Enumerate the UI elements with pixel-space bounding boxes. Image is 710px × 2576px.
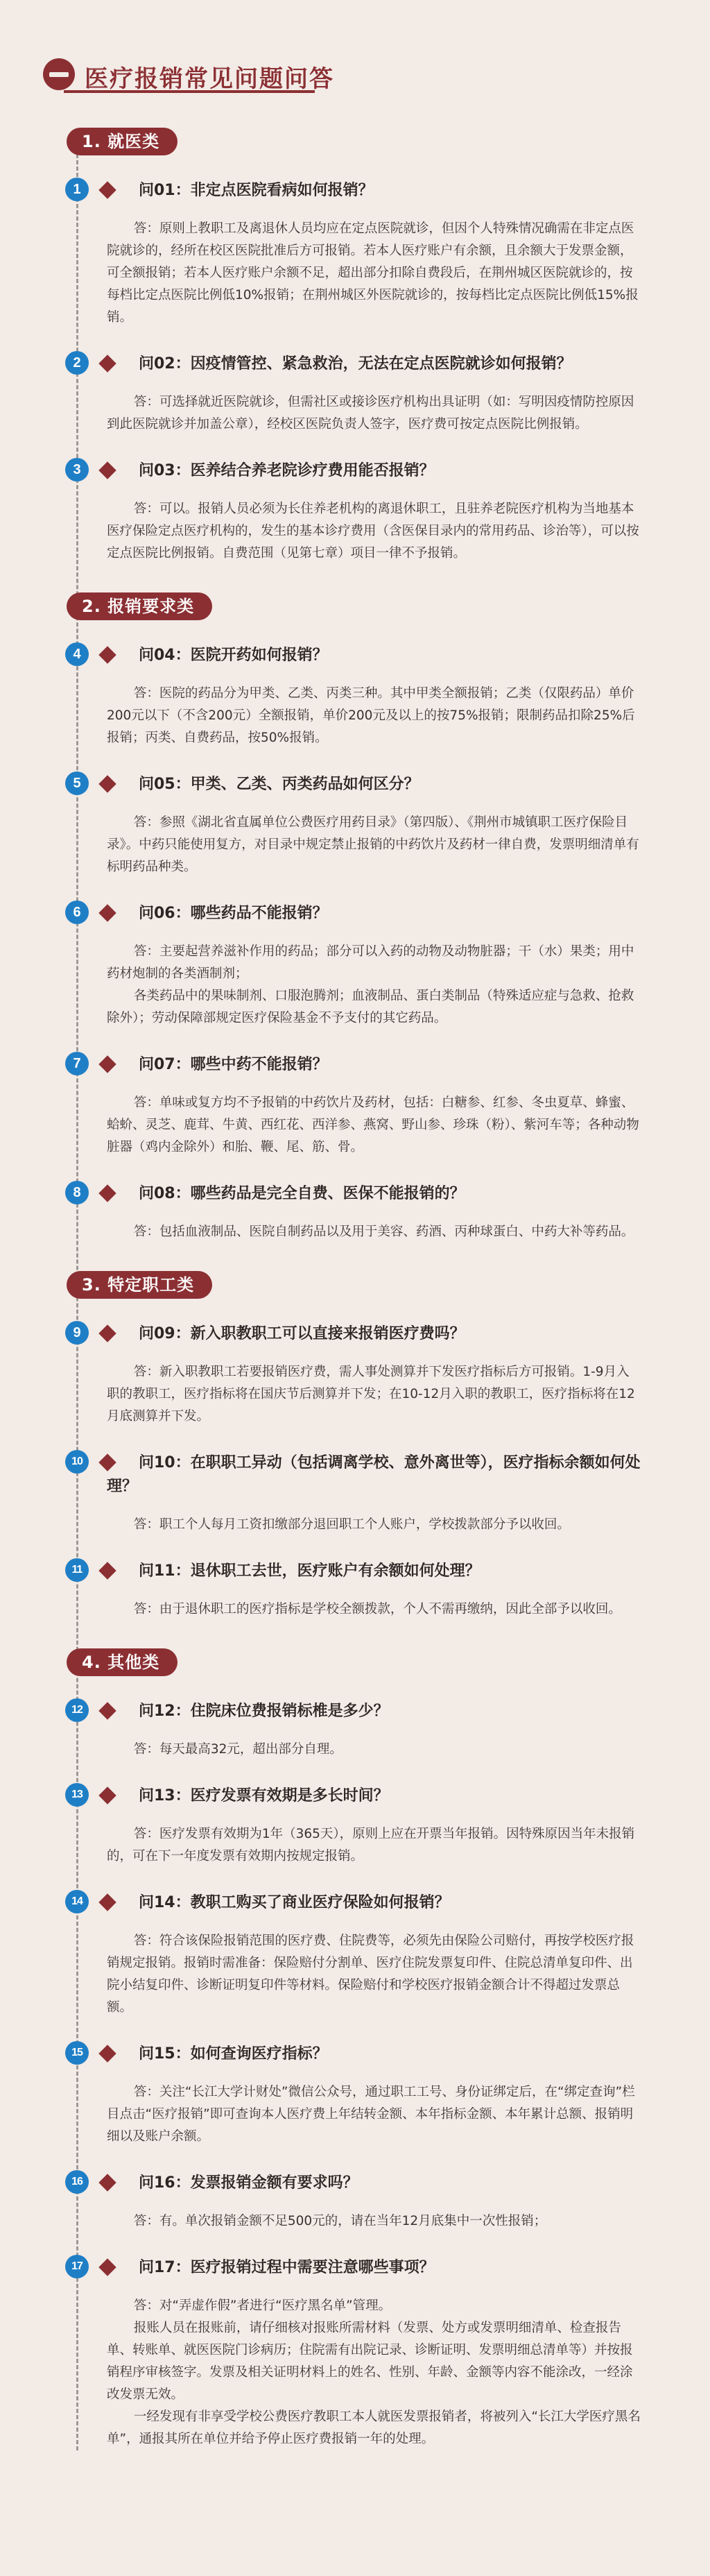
answer-text: 答：有。单次报销金额不足500元的，请在当年12月底集中一次性报销； <box>107 2210 641 2233</box>
faq-item: 10 问10：在职职工异动（包括调离学校、意外离世等），医疗指标余额如何处理？ … <box>0 1451 710 1536</box>
question-title: 问02：因疫情管控、紧急救治，无法在定点医院就诊如何报销？ <box>139 352 641 376</box>
diamond-bullet-icon <box>98 646 116 663</box>
answer-paragraph: 答：每天最高32元，超出部分自理。 <box>107 1739 641 1761</box>
answer-text: 答：可选择就近医院就诊，但需社区或接诊医疗机构出具证明（如：写明因疫情防控原因到… <box>107 391 641 436</box>
answer-text: 答：原则上教职工及离退休人员均应在定点医院就诊，但因个人特殊情况确需在非定点医院… <box>107 218 641 329</box>
question-title: 问10：在职职工异动（包括调离学校、意外离世等），医疗指标余额如何处理？ <box>107 1451 641 1499</box>
faq-item: 1 问01：非定点医院看病如何报销？ 答：原则上教职工及离退休人员均应在定点医院… <box>0 179 710 329</box>
diamond-bullet-icon <box>98 461 116 479</box>
answer-text: 答：由于退休职工的医疗指标是学校全额拨款，个人不需再缴纳，因此全部予以收回。 <box>107 1598 641 1621</box>
faq-item: 12 问12：住院床位费报销标椎是多少？ 答：每天最高32元，超出部分自理。 <box>0 1700 710 1761</box>
faq-category: 1. 就医类 1 问01：非定点医院看病如何报销？ 答：原则上教职工及离退休人员… <box>0 128 710 565</box>
faq-item: 4 问04：医院开药如何报销？ 答：医院的药品分为甲类、乙类、丙类三种。其中甲类… <box>0 644 710 749</box>
faq-item: 13 问13：医疗发票有效期是多长时间？ 答：医疗发票有效期为1年（365天），… <box>0 1784 710 1868</box>
faq-page: 医疗报销常见问题问答 1. 就医类 1 问01：非定点医院看病如何报销？ 答：原… <box>0 0 710 2561</box>
question-number-icon: 13 <box>65 1783 89 1807</box>
diamond-bullet-icon <box>98 355 116 372</box>
faq-item: 14 问14：教职工购买了商业医疗保险如何报销？ 答：符合该保险报销范围的医疗费… <box>0 1891 710 2019</box>
question-number-icon: 6 <box>65 901 89 924</box>
faq-item: 15 问15：如何查询医疗指标？ 答：关注“长江大学计财处”微信公众号，通过职工… <box>0 2042 710 2148</box>
faq-item: 6 问06：哪些药品不能报销？ 答：主要起营养滋补作用的药品；部分可以入药的动物… <box>0 902 710 1030</box>
question-number-icon: 12 <box>65 1698 89 1722</box>
diamond-bullet-icon <box>98 1562 116 1579</box>
category-pill: 4. 其他类 <box>67 1648 177 1676</box>
diamond-bullet-icon <box>98 2174 116 2191</box>
faq-item: 3 问03：医养结合养老院诊疗费用能否报销？ 答：可以。报销人员必须为长住养老机… <box>0 459 710 565</box>
diamond-bullet-icon <box>98 1184 116 1202</box>
answer-paragraph: 答：单味或复方均不予报销的中药饮片及药材，包括：白糖参、红参、冬虫夏草、蜂蜜、蛤… <box>107 1092 641 1159</box>
question-title: 问12：住院床位费报销标椎是多少？ <box>139 1700 641 1723</box>
answer-text: 答：包括血液制品、医院自制药品以及用于美容、药酒、丙种球蛋白、中药大补等药品。 <box>107 1221 641 1243</box>
question-number-icon: 3 <box>65 458 89 481</box>
answer-paragraph: 报账人员在报账前，请仔细核对报账所需材料（发票、处方或发票明细清单、检查报告单、… <box>107 2317 641 2406</box>
question-title: 问09：新入职教职工可以直接来报销医疗费吗？ <box>139 1322 641 1346</box>
answer-paragraph: 答：原则上教职工及离退休人员均应在定点医院就诊，但因个人特殊情况确需在非定点医院… <box>107 218 641 329</box>
answer-paragraph: 答：职工个人每月工资扣缴部分退回职工个人账户，学校拨款部分予以收回。 <box>107 1514 641 1536</box>
answer-text: 答：对“弄虚作假”者进行“医疗黑名单”管理。报账人员在报账前，请仔细核对报账所需… <box>107 2295 641 2450</box>
category-pill: 3. 特定职工类 <box>67 1271 212 1299</box>
question-title: 问08：哪些药品是完全自费、医保不能报销的？ <box>139 1182 641 1206</box>
answer-paragraph: 答：可以。报销人员必须为长住养老机构的离退休职工，且驻养老院医疗机构为当地基本医… <box>107 498 641 565</box>
answer-text: 答：主要起营养滋补作用的药品；部分可以入药的动物及动物脏器；干（水）果类；用中药… <box>107 941 641 1030</box>
diamond-bullet-icon <box>98 181 116 198</box>
question-number-icon: 16 <box>65 2170 89 2194</box>
question-number-icon: 8 <box>65 1181 89 1204</box>
answer-text: 答：医疗发票有效期为1年（365天），原则上应在开票当年报销。因特殊原因当年未报… <box>107 1823 641 1868</box>
question-title: 问07：哪些中药不能报销？ <box>139 1053 641 1077</box>
answer-paragraph: 答：有。单次报销金额不足500元的，请在当年12月底集中一次性报销； <box>107 2210 641 2233</box>
answer-paragraph: 答：医疗发票有效期为1年（365天），原则上应在开票当年报销。因特殊原因当年未报… <box>107 1823 641 1868</box>
diamond-bullet-icon <box>98 1893 116 1911</box>
section-number-badge <box>43 58 75 90</box>
question-title: 问15：如何查询医疗指标？ <box>139 2042 641 2066</box>
diamond-bullet-icon <box>98 904 116 921</box>
question-number-icon: 7 <box>65 1052 89 1075</box>
answer-text: 答：符合该保险报销范围的医疗费、住院费等，必须先由保险公司赔付，再按学校医疗报销… <box>107 1930 641 2019</box>
category-pill: 2. 报销要求类 <box>67 592 212 620</box>
diamond-bullet-icon <box>98 1702 116 1719</box>
answer-paragraph: 答：医院的药品分为甲类、乙类、丙类三种。其中甲类全额报销；乙类（仅限药品）单价2… <box>107 683 641 749</box>
answer-paragraph: 答：由于退休职工的医疗指标是学校全额拨款，个人不需再缴纳，因此全部予以收回。 <box>107 1598 641 1621</box>
faq-item: 16 问16：发票报销金额有要求吗？ 答：有。单次报销金额不足500元的，请在当… <box>0 2172 710 2233</box>
diamond-bullet-icon <box>98 1055 116 1073</box>
section-title: 医疗报销常见问题问答 <box>43 58 315 101</box>
diamond-bullet-icon <box>98 2258 116 2276</box>
answer-text: 答：医院的药品分为甲类、乙类、丙类三种。其中甲类全额报销；乙类（仅限药品）单价2… <box>107 683 641 749</box>
diamond-bullet-icon <box>98 775 116 792</box>
question-number-icon: 9 <box>65 1321 89 1345</box>
question-title: 问03：医养结合养老院诊疗费用能否报销？ <box>139 459 641 483</box>
question-title: 问06：哪些药品不能报销？ <box>139 902 641 926</box>
question-number-icon: 2 <box>65 351 89 375</box>
question-title: 问14：教职工购买了商业医疗保险如何报销？ <box>139 1891 641 1915</box>
question-title: 问16：发票报销金额有要求吗？ <box>139 2172 641 2195</box>
question-number-icon: 1 <box>65 178 89 201</box>
question-number-icon: 15 <box>65 2041 89 2065</box>
answer-paragraph: 答：对“弄虚作假”者进行“医疗黑名单”管理。 <box>107 2295 641 2317</box>
answer-paragraph: 答：关注“长江大学计财处”微信公众号，通过职工工号、身份证绑定后，在“绑定查询”… <box>107 2081 641 2148</box>
answer-paragraph: 一经发现有非享受学校公费医疗教职工本人就医发票报销者，将被列入“长江大学医疗黑名… <box>107 2406 641 2450</box>
answer-paragraph: 答：参照《湖北省直属单位公费医疗用药目录》（第四版）、《荆州市城镇职工医疗保险目… <box>107 812 641 878</box>
answer-text: 答：职工个人每月工资扣缴部分退回职工个人账户，学校拨款部分予以收回。 <box>107 1514 641 1536</box>
answer-paragraph: 答：可选择就近医院就诊，但需社区或接诊医疗机构出具证明（如：写明因疫情防控原因到… <box>107 391 641 436</box>
answer-paragraph: 答：主要起营养滋补作用的药品；部分可以入药的动物及动物脏器；干（水）果类；用中药… <box>107 941 641 985</box>
faq-item: 9 问09：新入职教职工可以直接来报销医疗费吗？ 答：新入职教职工若要报销医疗费… <box>0 1322 710 1428</box>
category-pill: 1. 就医类 <box>67 128 177 155</box>
diamond-bullet-icon <box>98 1786 116 1804</box>
faq-item: 17 问17：医疗报销过程中需要注意哪些事项？ 答：对“弄虚作假”者进行“医疗黑… <box>0 2256 710 2450</box>
question-title: 问01：非定点医院看病如何报销？ <box>139 179 641 203</box>
question-title: 问11：退休职工去世，医疗账户有余额如何处理？ <box>139 1560 641 1583</box>
question-title: 问13：医疗发票有效期是多长时间？ <box>139 1784 641 1808</box>
answer-text: 答：新入职教职工若要报销医疗费，需人事处测算并下发医疗指标后方可报销。1-9月入… <box>107 1361 641 1428</box>
question-number-icon: 11 <box>65 1558 89 1582</box>
faq-category: 4. 其他类 12 问12：住院床位费报销标椎是多少？ 答：每天最高32元，超出… <box>0 1648 710 2450</box>
faq-timeline: 1. 就医类 1 问01：非定点医院看病如何报销？ 答：原则上教职工及离退休人员… <box>0 128 710 2450</box>
answer-text: 答：关注“长江大学计财处”微信公众号，通过职工工号、身份证绑定后，在“绑定查询”… <box>107 2081 641 2148</box>
faq-item: 7 问07：哪些中药不能报销？ 答：单味或复方均不予报销的中药饮片及药材，包括：… <box>0 1053 710 1159</box>
answer-text: 答：每天最高32元，超出部分自理。 <box>107 1739 641 1761</box>
question-title: 问05：甲类、乙类、丙类药品如何区分？ <box>139 773 641 796</box>
answer-paragraph: 各类药品中的果味制剂、口服泡腾剂；血液制品、蛋白类制品（特殊适应症与急救、抢救除… <box>107 985 641 1030</box>
faq-category: 3. 特定职工类 9 问09：新入职教职工可以直接来报销医疗费吗？ 答：新入职教… <box>0 1271 710 1621</box>
answer-text: 答：可以。报销人员必须为长住养老机构的离退休职工，且驻养老院医疗机构为当地基本医… <box>107 498 641 565</box>
question-title: 问17：医疗报销过程中需要注意哪些事项？ <box>139 2256 641 2280</box>
faq-item: 11 问11：退休职工去世，医疗账户有余额如何处理？ 答：由于退休职工的医疗指标… <box>0 1560 710 1621</box>
answer-text: 答：单味或复方均不予报销的中药饮片及药材，包括：白糖参、红参、冬虫夏草、蜂蜜、蛤… <box>107 1092 641 1159</box>
faq-item: 2 问02：因疫情管控、紧急救治，无法在定点医院就诊如何报销？ 答：可选择就近医… <box>0 352 710 436</box>
question-number-icon: 10 <box>65 1450 89 1474</box>
answer-paragraph: 答：包括血液制品、医院自制药品以及用于美容、药酒、丙种球蛋白、中药大补等药品。 <box>107 1221 641 1243</box>
faq-item: 5 问05：甲类、乙类、丙类药品如何区分？ 答：参照《湖北省直属单位公费医疗用药… <box>0 773 710 878</box>
section-title-text: 医疗报销常见问题问答 <box>85 60 334 94</box>
diamond-bullet-icon <box>98 2045 116 2062</box>
question-number-icon: 14 <box>65 1890 89 1913</box>
diamond-bullet-icon <box>98 1324 116 1342</box>
answer-paragraph: 答：符合该保险报销范围的医疗费、住院费等，必须先由保险公司赔付，再按学校医疗报销… <box>107 1930 641 2019</box>
question-number-icon: 17 <box>65 2255 89 2278</box>
faq-category: 2. 报销要求类 4 问04：医院开药如何报销？ 答：医院的药品分为甲类、乙类、… <box>0 592 710 1243</box>
question-number-icon: 4 <box>65 642 89 666</box>
question-title: 问04：医院开药如何报销？ <box>139 644 641 667</box>
question-number-icon: 5 <box>65 771 89 795</box>
answer-text: 答：参照《湖北省直属单位公费医疗用药目录》（第四版）、《荆州市城镇职工医疗保险目… <box>107 812 641 878</box>
faq-item: 8 问08：哪些药品是完全自费、医保不能报销的？ 答：包括血液制品、医院自制药品… <box>0 1182 710 1243</box>
answer-paragraph: 答：新入职教职工若要报销医疗费，需人事处测算并下发医疗指标后方可报销。1-9月入… <box>107 1361 641 1428</box>
title-underline <box>64 90 315 93</box>
